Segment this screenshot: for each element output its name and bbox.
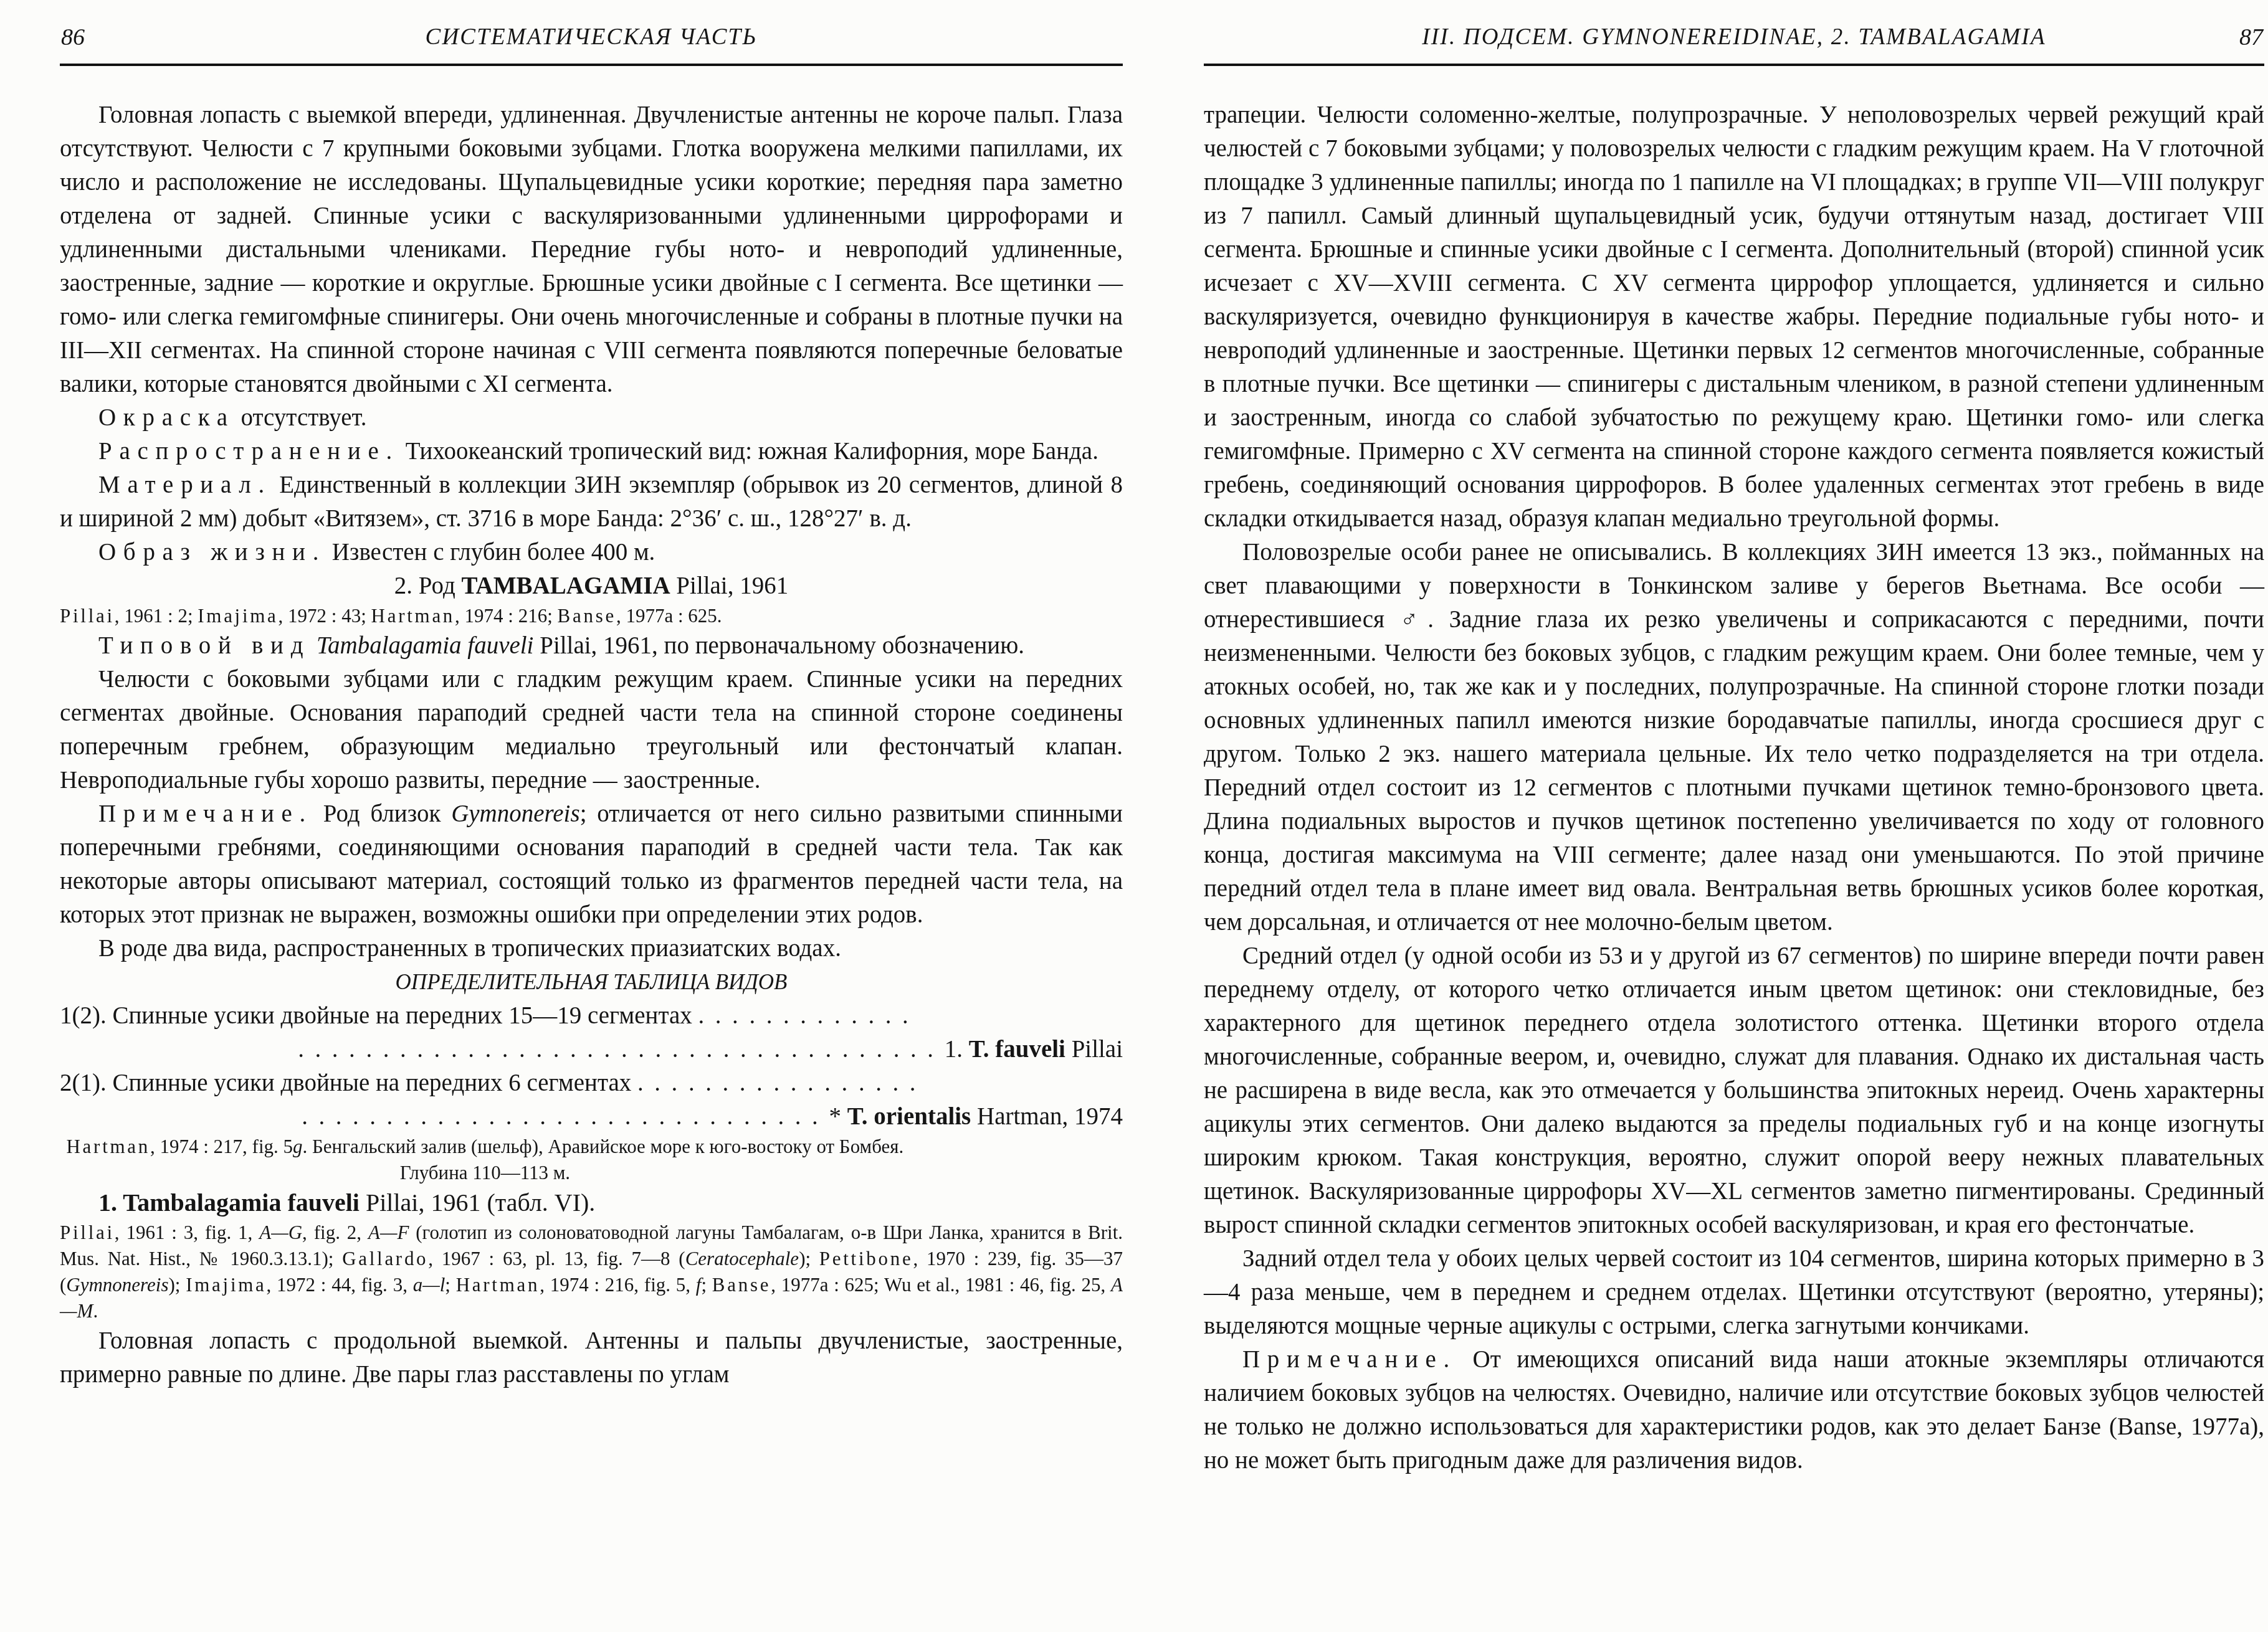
page-number: 86	[61, 24, 85, 51]
header-rule	[60, 64, 1123, 66]
species-synonymy: Pillai, 1961 : 3, fig. 1, A—G, fig. 2, A…	[60, 1220, 1123, 1324]
header-rule	[1204, 64, 2264, 66]
key-entry-2: 2(1). Спинные усики двойные на передних …	[60, 1066, 1123, 1100]
paragraph-coloration: Окраска отсутствует.	[60, 401, 1123, 435]
paragraph-habitat: Образ жизни. Известен с глубин более 400…	[60, 536, 1123, 569]
paragraph-genus-description: Челюсти с боковыми зубцами или с гладким…	[60, 663, 1123, 797]
left-page-body: Головная лопасть с выемкой впереди, удли…	[60, 98, 1123, 1392]
paragraph-material: Материал. Единственный в коллекции ЗИН э…	[60, 468, 1123, 536]
right-page-body: трапеции. Челюсти соломенно-желтые, полу…	[1204, 98, 2264, 1478]
paragraph-species-description-cont: трапеции. Челюсти соломенно-желтые, полу…	[1204, 98, 2264, 536]
paragraph-species-remark: Примечание. От имеющихся описаний вида н…	[1204, 1343, 2264, 1478]
paragraph-distribution: Распространение. Тихоокеанский тропическ…	[60, 435, 1123, 468]
key-entry-1-result: . . . . . . . . . . . . . . . . . . . . …	[60, 1033, 1123, 1066]
running-title: СИСТЕМАТИЧЕСКАЯ ЧАСТЬ	[60, 24, 1123, 50]
running-title: III. ПОДСЕМ. GYMNONEREIDINAE, 2. TAMBALA…	[1204, 24, 2264, 50]
genus-synonymy: Pillai, 1961 : 2; Imajima, 1972 : 43; Ha…	[60, 603, 1123, 629]
paragraph-species-count: В роде два вида, распространенных в троп…	[60, 932, 1123, 965]
left-page-header: 86 СИСТЕМАТИЧЕСКАЯ ЧАСТЬ	[60, 24, 1123, 60]
paragraph-type-species: Типовой вид Tambalagamia fauveli Pillai,…	[60, 629, 1123, 663]
key-entry-2-result: . . . . . . . . . . . . . . . . . . . . …	[60, 1100, 1123, 1134]
left-page: 86 СИСТЕМАТИЧЕСКАЯ ЧАСТЬ Головная лопаст…	[60, 24, 1123, 1392]
paragraph-genus-diagnosis: Головная лопасть с выемкой впереди, удли…	[60, 98, 1123, 401]
species-heading: 1. Tambalagamia fauveli Pillai, 1961 (та…	[60, 1186, 1123, 1220]
key-entry-1: 1(2). Спинные усики двойные на передних …	[60, 999, 1123, 1033]
genus-heading: 2. Род TAMBALAGAMIA Pillai, 1961	[60, 569, 1123, 603]
page-number: 87	[2239, 24, 2263, 51]
paragraph-middle-region: Средний отдел (у одной особи из 53 и у д…	[1204, 939, 2264, 1242]
paragraph-species-description-start: Головная лопасть с продольной выемкой. А…	[60, 1324, 1123, 1392]
paragraph-posterior-region: Задний отдел тела у обоих целых червей с…	[1204, 1242, 2264, 1343]
book-spread: 86 СИСТЕМАТИЧЕСКАЯ ЧАСТЬ Головная лопаст…	[0, 0, 2268, 1632]
identification-table-title: ОПРЕДЕЛИТЕЛЬНАЯ ТАБЛИЦА ВИДОВ	[60, 965, 1123, 999]
right-page-header: III. ПОДСЕМ. GYMNONEREIDINAE, 2. TAMBALA…	[1204, 24, 2264, 60]
right-page: III. ПОДСЕМ. GYMNONEREIDINAE, 2. TAMBALA…	[1204, 24, 2264, 1478]
paragraph-epitokes: Половозрелые особи ранее не описывались.…	[1204, 536, 2264, 939]
orientalis-reference: Hartman, 1974 : 217, fig. 5g. Бенгальски…	[60, 1134, 910, 1186]
paragraph-genus-remark: Примечание. Род близок Gymnonereis; отли…	[60, 797, 1123, 932]
